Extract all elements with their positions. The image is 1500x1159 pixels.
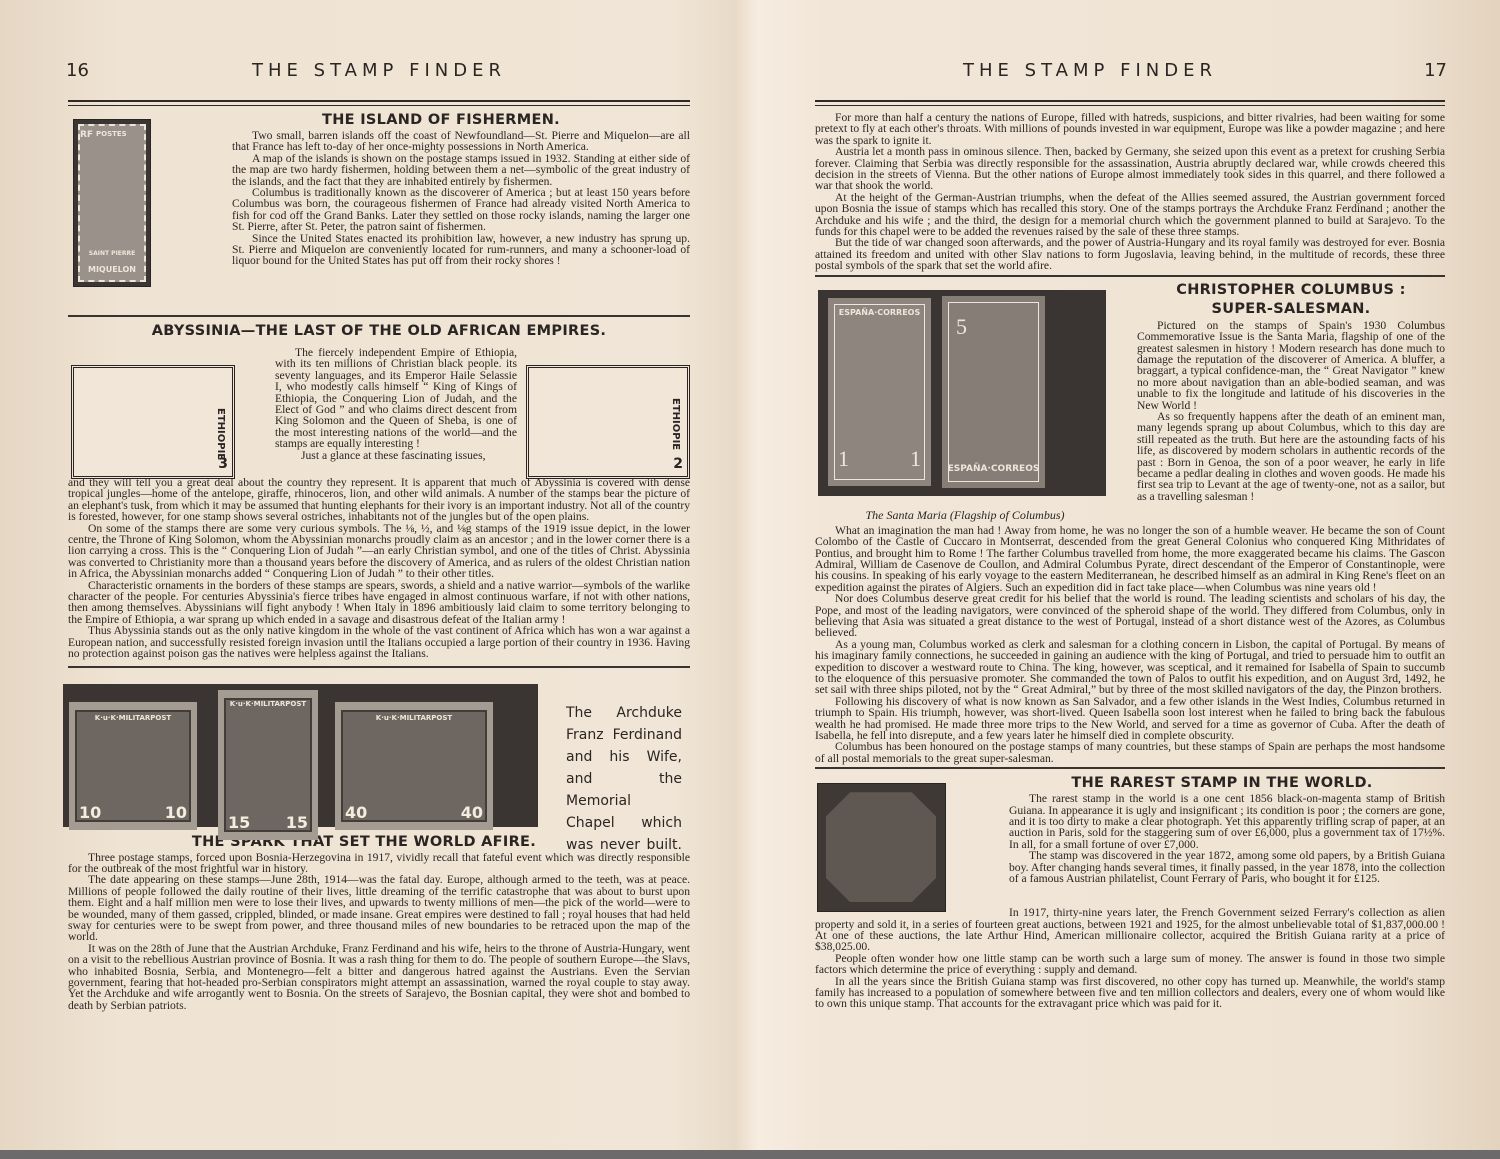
paragraph: Following his discovery of what is now k… bbox=[815, 696, 1445, 742]
paragraph: Two small, barren islands off the coast … bbox=[232, 130, 690, 153]
stamp-image-santa-maria-5cts: 5 ESPAÑA·CORREOS bbox=[942, 296, 1045, 488]
bosnia-stamps-plate: K·u·K·MILITARPOST 10 10 K·u·K·MILITARPOS… bbox=[68, 674, 690, 832]
running-head: THE STAMP FINDER 17 bbox=[815, 58, 1445, 98]
article-heading: THE RAREST STAMP IN THE WORLD. bbox=[999, 775, 1445, 791]
paragraph: On some of the stamps there are some ver… bbox=[68, 523, 690, 580]
rarest-body: In 1917, thirty-nine years later, the Fr… bbox=[815, 907, 1445, 1010]
page-number: 17 bbox=[1424, 60, 1447, 81]
paragraph: What an imagination the man had ! Away f… bbox=[815, 525, 1445, 593]
paragraph: As a young man, Columbus worked as clerk… bbox=[815, 639, 1445, 696]
article-heading: CHRISTOPHER COLUMBUS : bbox=[1137, 282, 1445, 299]
paragraph: Nor does Columbus deserve great credit f… bbox=[815, 593, 1445, 639]
paragraph: Columbus has been honoured on the postag… bbox=[815, 741, 1445, 764]
running-title: THE STAMP FINDER bbox=[815, 60, 1365, 81]
article-spark-continued: For more than half a century the nations… bbox=[815, 112, 1445, 272]
paragraph: Characteristic ornaments in the borders … bbox=[68, 580, 690, 626]
paragraph: Just a glance at these fascinating issue… bbox=[275, 450, 517, 461]
paragraph: At the height of the German-Austrian tri… bbox=[815, 192, 1445, 238]
section-rule bbox=[68, 666, 690, 668]
stamp-photo-bosnia: K·u·K·MILITARPOST 10 10 K·u·K·MILITARPOS… bbox=[63, 684, 538, 827]
section-rule bbox=[815, 275, 1445, 277]
paragraph: The date appearing on these stamps—June … bbox=[68, 874, 690, 942]
article-abyssinia: ABYSSINIA—THE LAST OF THE OLD AFRICAN EM… bbox=[68, 323, 690, 660]
paragraph: It was on the 28th of June that the Aust… bbox=[68, 943, 690, 1011]
paragraph: In 1917, thirty-nine years later, the Fr… bbox=[815, 907, 1445, 953]
stamp-image-st-pierre-miquelon: RF POSTES SAINT PIERRE MIQUELON bbox=[73, 119, 151, 287]
paragraph: The rarest stamp in the world is a one c… bbox=[1009, 793, 1445, 850]
article-spark: THE SPARK THAT SET THE WORLD AFIRE. Thre… bbox=[68, 834, 690, 1012]
paragraph: People often wonder how one little stamp… bbox=[815, 953, 1445, 976]
header-rule bbox=[815, 100, 1445, 106]
page-17: THE STAMP FINDER 17 For more than half a… bbox=[815, 0, 1445, 1150]
magazine-spread: 16 THE STAMP FINDER RF POSTES SAINT PIER… bbox=[0, 0, 1500, 1159]
stamp-image-british-guiana bbox=[817, 783, 946, 912]
photo-caption: The Santa Maria (Flagship of Columbus) bbox=[815, 508, 1115, 523]
paragraph: Columbus is traditionally known as the d… bbox=[232, 187, 690, 233]
stamp-image-santa-maria-1cto: ESPAÑA·CORREOS 1 1 bbox=[828, 298, 931, 486]
stamp-image-archduke: K·u·K·MILITARPOST 15 15 bbox=[218, 690, 318, 840]
article-heading: SUPER-SALESMAN. bbox=[1137, 301, 1445, 318]
page-bottom-edge bbox=[0, 1150, 1500, 1159]
paragraph: Thus Abyssinia stands out as the only na… bbox=[68, 625, 690, 659]
paragraph: Since the United States enacted its proh… bbox=[232, 233, 690, 267]
stamp-image-archduke-and-wife: K·u·K·MILITARPOST 40 40 bbox=[335, 702, 493, 830]
paragraph: For more than half a century the nations… bbox=[815, 112, 1445, 146]
article-heading: ABYSSINIA—THE LAST OF THE OLD AFRICAN EM… bbox=[68, 323, 690, 339]
paragraph: The stamp was discovered in the year 187… bbox=[1009, 850, 1445, 884]
running-title: THE STAMP FINDER bbox=[68, 60, 690, 81]
page-16: 16 THE STAMP FINDER RF POSTES SAINT PIER… bbox=[68, 0, 690, 1150]
running-head: 16 THE STAMP FINDER bbox=[68, 58, 690, 98]
article-heading: THE ISLAND OF FISHERMEN. bbox=[192, 112, 690, 128]
section-rule bbox=[68, 315, 690, 317]
article-island-of-fishermen: RF POSTES SAINT PIERRE MIQUELON THE ISLA… bbox=[68, 112, 690, 312]
columbus-body: What an imagination the man had ! Away f… bbox=[815, 525, 1445, 765]
paragraph: The fiercely independent Empire of Ethio… bbox=[275, 347, 517, 450]
header-rule bbox=[68, 100, 690, 106]
article-rarest-stamp: THE RAREST STAMP IN THE WORLD. The rares… bbox=[815, 775, 1445, 905]
stamp-image-memorial-chapel: K·u·K·MILITARPOST 10 10 bbox=[69, 702, 197, 830]
article-columbus: ESPAÑA·CORREOS 1 1 5 ESPAÑA·CORREOS The … bbox=[815, 282, 1445, 525]
paragraph: Pictured on the stamps of Spain's 1930 C… bbox=[1137, 320, 1445, 411]
section-rule bbox=[815, 767, 1445, 769]
paragraph: But the tide of war changed soon afterwa… bbox=[815, 237, 1445, 271]
paragraph: Austria let a month pass in ominous sile… bbox=[815, 146, 1445, 192]
stamp-image-ethiopia-lion: ETHIOPIE 3 bbox=[71, 365, 235, 479]
paragraph: A map of the islands is shown on the pos… bbox=[232, 153, 690, 187]
plate-caption: The Archduke Franz Ferdinand and his Wif… bbox=[566, 702, 682, 856]
paragraph: In all the years since the British Guian… bbox=[815, 976, 1445, 1010]
stamp-photo-santa-maria: ESPAÑA·CORREOS 1 1 5 ESPAÑA·CORREOS bbox=[818, 290, 1106, 496]
paragraph: and they will tell you a great deal abou… bbox=[68, 477, 690, 523]
paragraph: As so frequently happens after the death… bbox=[1137, 411, 1445, 502]
stamp-image-ethiopia-ostriches: ETHIOPIE 2 bbox=[526, 365, 690, 479]
